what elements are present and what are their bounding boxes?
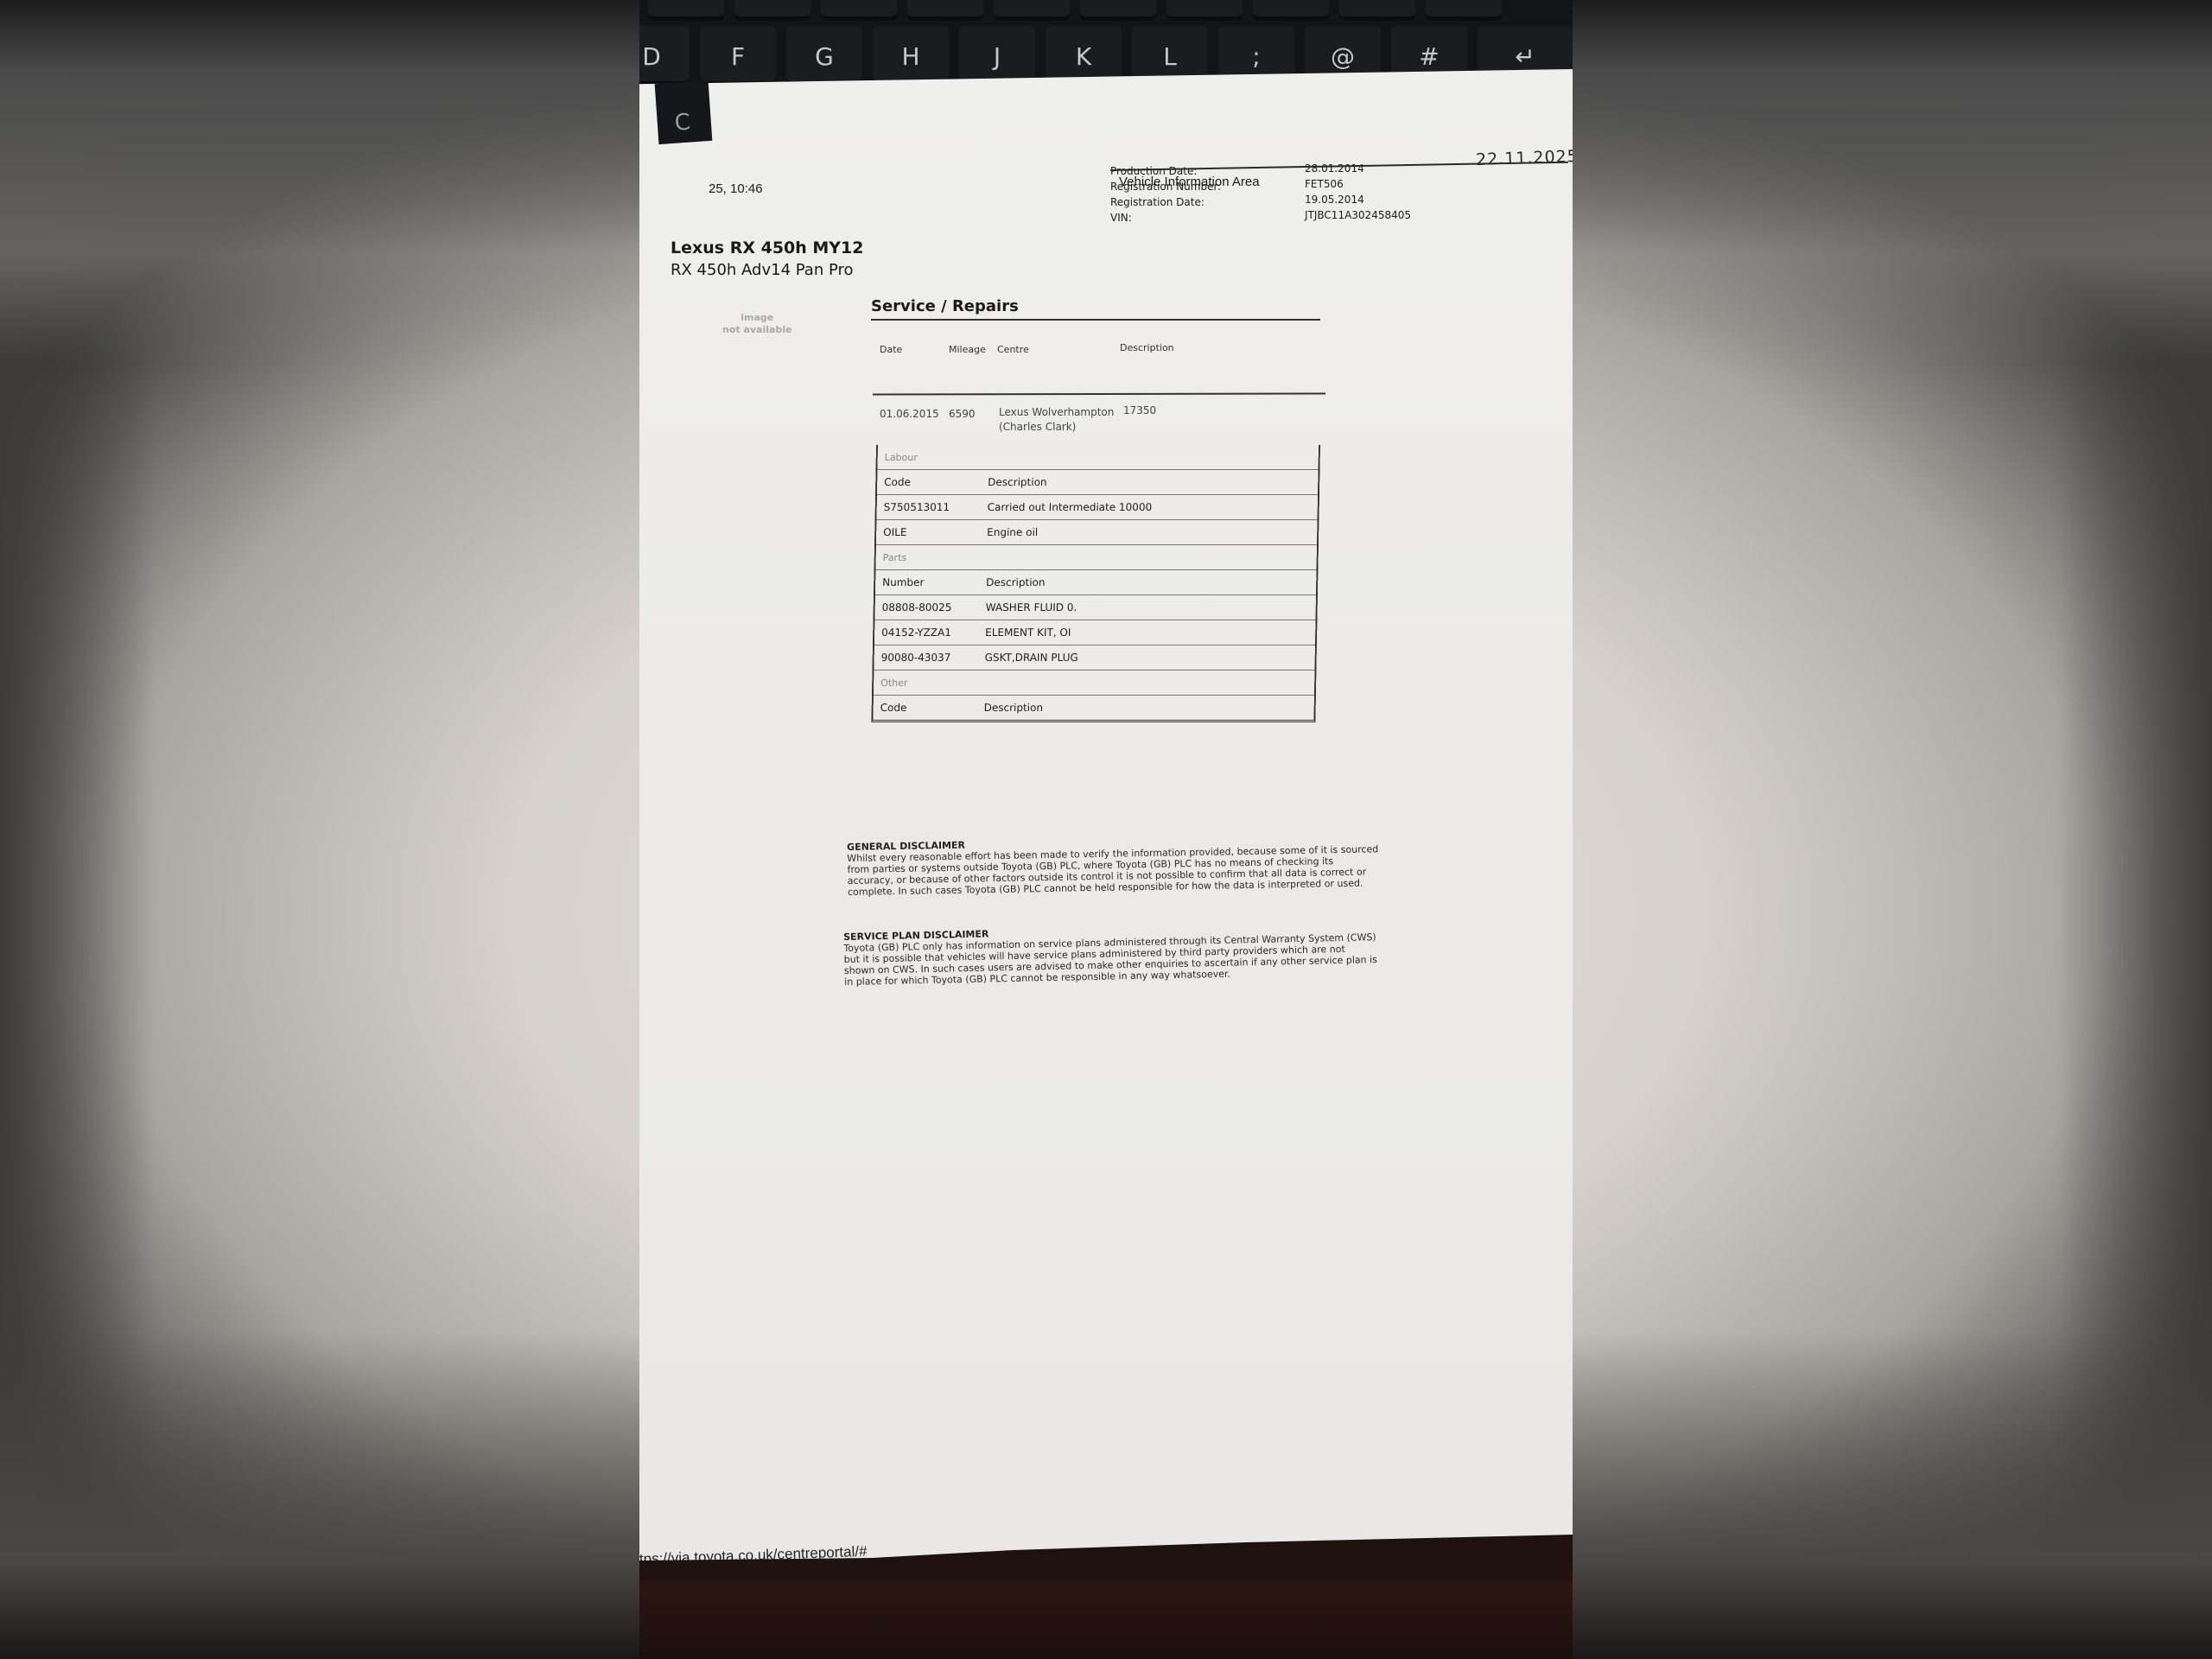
torn-corner: C (655, 80, 713, 144)
labour-header-code: Code (877, 476, 988, 488)
part-description: ELEMENT KIT, OI (985, 626, 1315, 639)
registration-date-label: Registration Date: (1110, 196, 1205, 208)
column-centre: Centre (997, 344, 1029, 355)
service-repairs-title: Service / Repairs (871, 297, 1019, 315)
handwritten-date: 22.11.2025 (1476, 147, 1573, 169)
labour-description: Engine oil (987, 526, 1317, 538)
image-placeholder: image not available (722, 312, 792, 336)
labour-description: Carried out Intermediate 10000 (988, 501, 1318, 513)
parts-header-description: Description (986, 576, 1316, 588)
registration-number-label: Registration Number: (1110, 181, 1221, 193)
labour-header-description: Description (988, 476, 1318, 488)
part-number: 08808-80025 (875, 601, 986, 613)
entry-mileage: 6590 (949, 408, 976, 420)
entry-centre-contact: (Charles Clark) (999, 421, 1076, 433)
other-header-description: Description (984, 702, 1314, 714)
column-date: Date (880, 344, 902, 355)
entry-centre: Lexus Wolverhampton (999, 406, 1114, 418)
other-group-label: Other (874, 677, 984, 689)
service-detail-table: Labour Code Description S750513011 Carri… (871, 445, 1320, 722)
labour-group-label: Labour (878, 452, 988, 463)
general-disclaimer: GENERAL DISCLAIMER Whilst every reasonab… (847, 832, 1379, 898)
labour-code: OILE (876, 526, 987, 538)
vehicle-model-title: Lexus RX 450h MY12 (671, 238, 864, 257)
image-placeholder-line1: image (722, 312, 792, 324)
column-mileage: Mileage (949, 344, 986, 355)
table-row: OILE Engine oil (876, 520, 1318, 545)
key-g: G (786, 26, 862, 86)
service-plan-disclaimer: SERVICE PLAN DISCLAIMER Toyota (GB) PLC … (843, 920, 1377, 988)
corner-key-letter: C (674, 110, 691, 137)
column-description: Description (1120, 342, 1174, 353)
parts-header-row: Number Description (875, 570, 1317, 595)
table-row: S750513011 Carried out Intermediate 1000… (876, 495, 1318, 520)
header-divider (873, 393, 1325, 396)
vehicle-model-variant: RX 450h Adv14 Pan Pro (671, 261, 854, 279)
labour-code: S750513011 (877, 501, 988, 513)
part-description: WASHER FLUID 0. (986, 601, 1316, 613)
table-row: 04152-YZZA1 ELEMENT KIT, OI (874, 620, 1316, 645)
other-group-row: Other (874, 671, 1315, 696)
key-h: H (873, 26, 949, 86)
production-date-label: Production Date: (1110, 165, 1197, 177)
print-timestamp: 25, 10:46 (709, 181, 763, 196)
entry-date: 01.06.2015 (880, 408, 939, 420)
section-divider (871, 319, 1320, 321)
table-row: 08808-80025 WASHER FLUID 0. (874, 595, 1316, 620)
parts-group-label: Parts (876, 552, 987, 563)
entry-description: 17350 (1123, 404, 1156, 416)
parts-group-row: Parts (875, 545, 1317, 570)
key-j: J (959, 26, 1035, 86)
labour-header-row: Code Description (877, 470, 1319, 495)
labour-group-row: Labour (877, 445, 1319, 470)
key-d: D (639, 26, 690, 86)
other-header-row: Code Description (873, 696, 1313, 720)
other-header-code: Code (874, 702, 984, 714)
key-f: F (700, 26, 776, 86)
vin-label: VIN: (1110, 212, 1132, 224)
parts-header-number: Number (875, 576, 986, 588)
part-description: GSKT,DRAIN PLUG (985, 652, 1315, 664)
vin-value: JTJBC11A302458405 (1305, 209, 1411, 221)
photo-frame: D F G H J K L ; @ # ↵ 25, 10:46 Vehicle … (639, 0, 1573, 1659)
printed-page: 25, 10:46 Vehicle Information Area Lexus… (639, 69, 1573, 1564)
registration-number-value: FET506 (1305, 178, 1344, 190)
registration-date-value: 19.05.2014 (1305, 194, 1364, 206)
part-number: 90080-43037 (874, 652, 985, 664)
table-row: 90080-43037 GSKT,DRAIN PLUG (874, 645, 1315, 671)
part-number: 04152-YZZA1 (874, 626, 985, 639)
image-placeholder-line2: not available (722, 324, 792, 336)
